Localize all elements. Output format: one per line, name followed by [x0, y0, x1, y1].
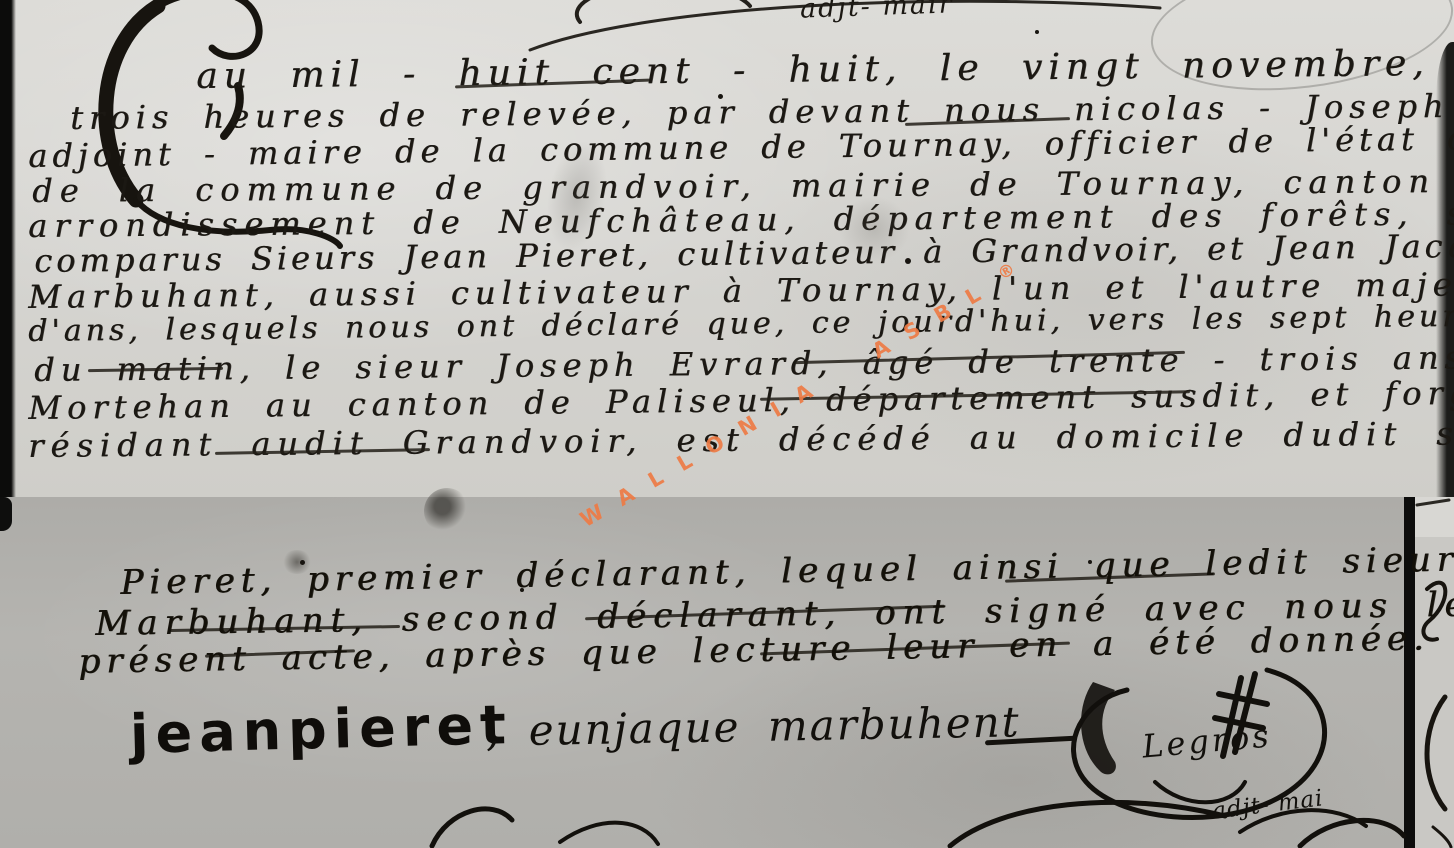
ink-blot	[282, 550, 312, 574]
ink-smudge	[640, 295, 726, 355]
ink-speck	[1035, 30, 1039, 34]
signature-jean-jacque-marbuhent: , eunjaque marbuhent	[486, 697, 1021, 755]
ink-speck	[520, 588, 524, 592]
ink-smudge	[838, 196, 910, 262]
scanned-register-page: adjt- mair au mil - huit cent - huit, le…	[0, 0, 1454, 848]
left-edge-ink-blob	[0, 497, 12, 531]
ink-speck	[1088, 560, 1092, 564]
signature-jean-pieret: jeanpieret	[129, 693, 513, 766]
ink-blot	[424, 488, 470, 534]
ink-speck	[612, 252, 617, 257]
ink-speck	[718, 94, 723, 99]
next-act-flourish-fragments	[0, 788, 1454, 848]
ink-speck	[300, 560, 305, 565]
left-binding-edge	[0, 0, 16, 497]
ink-speck	[905, 258, 911, 264]
